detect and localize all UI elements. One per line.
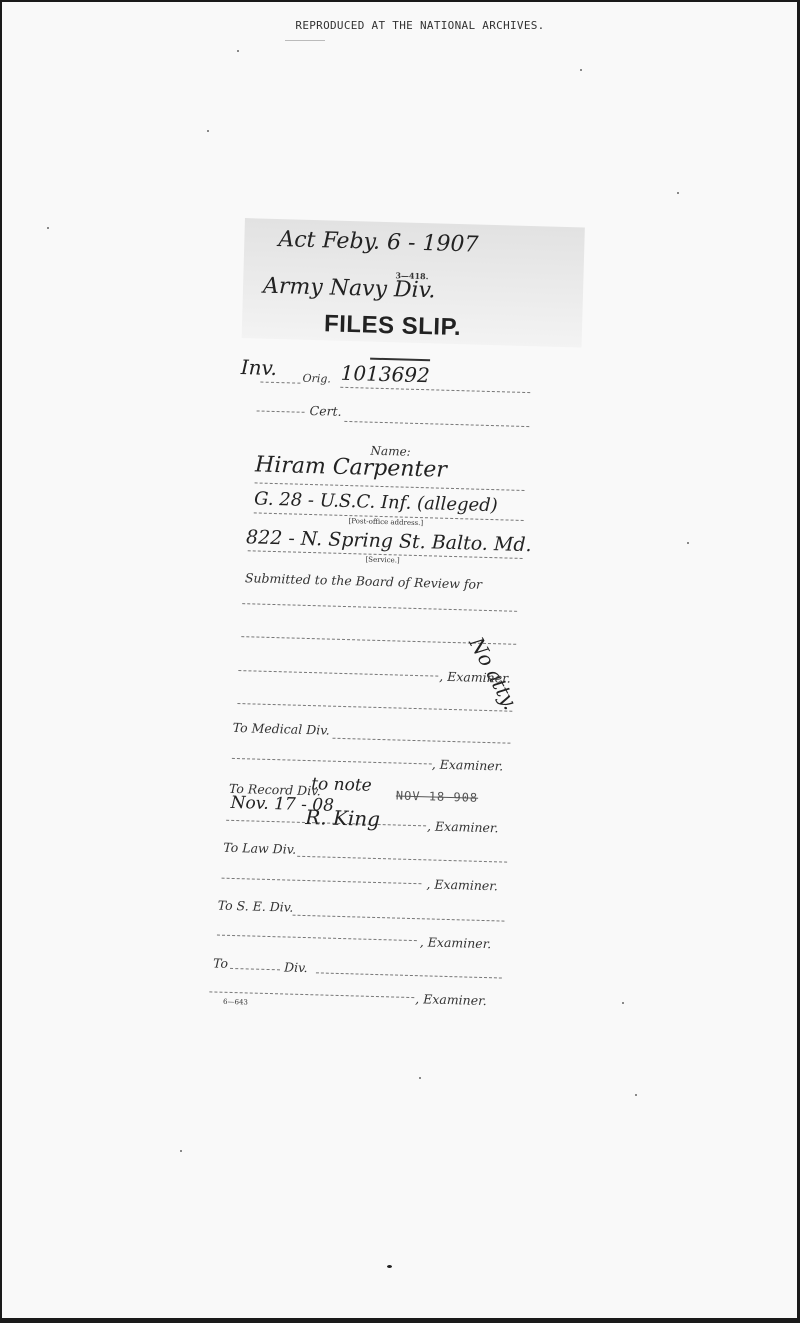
handwritten-division: Army Navy Div. xyxy=(263,274,436,304)
cert-prefix-line xyxy=(257,410,305,412)
other-examiner-line xyxy=(209,991,414,998)
archive-header: REPRODUCED AT THE NATIONAL ARCHIVES. xyxy=(2,19,800,32)
orig-prefix: Inv. xyxy=(240,355,277,380)
scan-speck xyxy=(180,1150,182,1152)
board-examiner-line xyxy=(238,670,438,677)
board-line-1 xyxy=(242,603,517,612)
law-examiner-label: , Examiner. xyxy=(426,876,498,893)
medical-examiner-label: , Examiner. xyxy=(432,756,504,773)
scan-speck xyxy=(687,542,689,544)
scan-speck xyxy=(387,1265,392,1268)
scan-speck xyxy=(677,192,679,194)
scan-speck xyxy=(207,130,209,132)
scan-speck xyxy=(237,50,239,52)
record-date-stamp: NOV 18 908 xyxy=(396,789,479,805)
record-examiner-signature: R. King xyxy=(305,805,380,831)
scan-speck xyxy=(580,69,582,71)
se-label: To S. E. Div. xyxy=(218,898,294,915)
record-note: to note xyxy=(311,774,372,796)
scan-speck xyxy=(635,1094,637,1096)
se-examiner-label: , Examiner. xyxy=(420,934,492,951)
service-label: [Service.] xyxy=(365,556,399,565)
title-rule xyxy=(370,358,430,361)
se-line xyxy=(293,915,505,922)
orig-value[interactable]: 1013692 xyxy=(340,361,430,387)
service-value[interactable]: G. 28 - U.S.C. Inf. (alleged) xyxy=(254,488,498,516)
medical-line xyxy=(332,738,510,744)
medical-label: To Medical Div. xyxy=(233,720,330,738)
law-examiner-line xyxy=(222,878,422,885)
other-label-div: Div. xyxy=(284,959,308,975)
board-label: Submitted to the Board of Review for xyxy=(245,570,482,592)
other-label-to: To xyxy=(213,955,228,970)
other-line xyxy=(316,972,502,978)
law-label: To Law Div. xyxy=(223,840,296,857)
board-line-4 xyxy=(237,703,512,712)
slip-title: FILES SLIP. xyxy=(324,310,462,342)
board-examiner-label: , Examiner. xyxy=(439,669,511,686)
header-rule xyxy=(285,40,325,41)
orig-label: Orig. xyxy=(302,372,331,386)
post-office-label: [Post-office address.] xyxy=(348,517,423,527)
cert-label: Cert. xyxy=(309,403,341,419)
scan-speck xyxy=(47,227,49,229)
scan-speck xyxy=(419,1077,421,1079)
scan-speck xyxy=(622,1002,624,1004)
name-value[interactable]: Hiram Carpenter xyxy=(255,452,447,482)
orig-prefix-line xyxy=(260,382,300,384)
cert-line xyxy=(344,421,529,427)
scanned-page: REPRODUCED AT THE NATIONAL ARCHIVES. Act… xyxy=(2,2,797,1318)
other-div-name-line xyxy=(230,968,280,970)
law-line xyxy=(297,856,507,863)
files-slip: Act Feby. 6 - 1907 3—418. Army Navy Div.… xyxy=(184,217,592,1057)
se-examiner-line xyxy=(217,935,417,942)
medical-examiner-line xyxy=(232,758,432,765)
other-examiner-label: , Examiner. xyxy=(415,991,487,1008)
record-examiner-label: , Examiner. xyxy=(427,818,499,835)
footer-code: 6—643 xyxy=(223,998,248,1007)
orig-line xyxy=(340,387,530,393)
